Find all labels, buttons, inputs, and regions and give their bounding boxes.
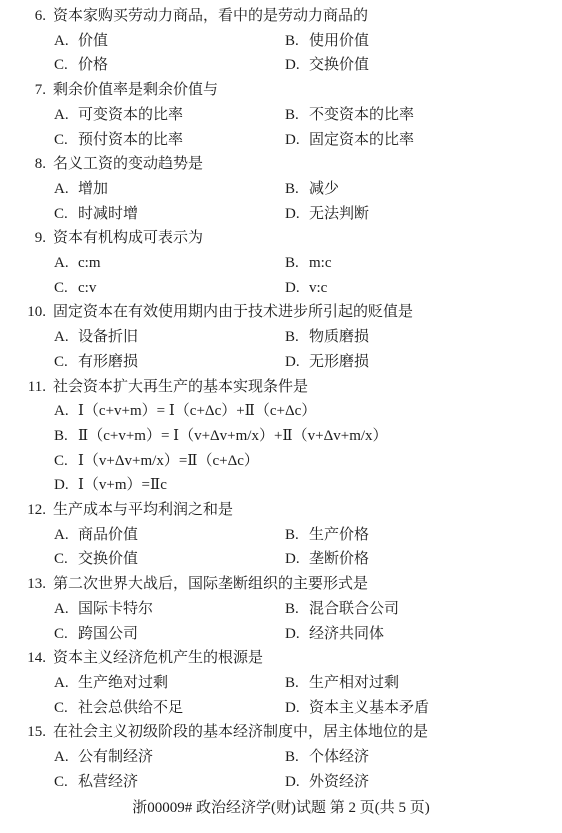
option-label: A.: [54, 251, 70, 276]
option-text: 生产价格: [309, 527, 369, 543]
option: A.公有制经济: [54, 745, 285, 770]
option-text: 生产绝对过剩: [78, 675, 168, 691]
question-stem: 第二次世界大战后，国际垄断组织的主要形式是: [53, 572, 368, 597]
question-number: 13.: [0, 572, 46, 597]
option: D.无形磨损: [285, 350, 562, 375]
question-number: 11.: [0, 375, 46, 400]
option-label: C.: [54, 202, 70, 227]
question-stem-row: 11. 社会资本扩大再生产的基本实现条件是: [0, 375, 562, 400]
option: A.可变资本的比率: [54, 103, 285, 128]
option-text: v:c: [309, 280, 327, 296]
option-label: D.: [285, 53, 301, 78]
option-text: 公有制经济: [78, 749, 153, 765]
option: D.垄断价格: [285, 547, 562, 572]
option-label: D.: [285, 622, 301, 647]
question-number: 6.: [0, 4, 46, 29]
option: B.m:c: [285, 251, 562, 276]
option-label: B.: [285, 325, 301, 350]
option-label: C.: [54, 128, 70, 153]
question: 10. 固定资本在有效使用期内由于技术进步所引起的贬值是 A.设备折旧 B.物质…: [0, 300, 562, 374]
question-number: 9.: [0, 226, 46, 251]
option-label: C.: [54, 350, 70, 375]
option: D.Ⅰ（v+m）=Ⅱc: [54, 473, 562, 498]
question-stem-row: 8. 名义工资的变动趋势是: [0, 152, 562, 177]
option: C.有形磨损: [54, 350, 285, 375]
option: C.时减时增: [54, 202, 285, 227]
question: 12. 生产成本与平均利润之和是 A.商品价值 B.生产价格 C.交换价值 D.…: [0, 498, 562, 572]
option-text: 商品价值: [78, 527, 138, 543]
option-text: 私营经济: [78, 774, 138, 790]
option: D.资本主义基本矛盾: [285, 696, 562, 721]
question: 13. 第二次世界大战后，国际垄断组织的主要形式是 A.国际卡特尔 B.混合联合…: [0, 572, 562, 646]
option-label: D.: [285, 770, 301, 795]
option-label: A.: [54, 399, 70, 424]
option-text: 交换价值: [309, 57, 369, 73]
option-text: 物质磨损: [309, 329, 369, 345]
question-number: 10.: [0, 300, 46, 325]
option-label: B.: [285, 251, 301, 276]
question-stem: 资本主义经济危机产生的根源是: [53, 646, 263, 671]
option: A.设备折旧: [54, 325, 285, 350]
option-list: A.c:m B.m:c C.c:v D.v:c: [54, 251, 562, 300]
option: A.生产绝对过剩: [54, 671, 285, 696]
option-label: C.: [54, 547, 70, 572]
option: D.固定资本的比率: [285, 128, 562, 153]
option-list: A.设备折旧 B.物质磨损 C.有形磨损 D.无形磨损: [54, 325, 562, 374]
question: 15. 在社会主义初级阶段的基本经济制度中，居主体地位的是 A.公有制经济 B.…: [0, 720, 562, 794]
question-stem-row: 9. 资本有机构成可表示为: [0, 226, 562, 251]
option: B.减少: [285, 177, 562, 202]
option-text: 使用价值: [309, 33, 369, 49]
question-stem-row: 15. 在社会主义初级阶段的基本经济制度中，居主体地位的是: [0, 720, 562, 745]
question-stem-row: 14. 资本主义经济危机产生的根源是: [0, 646, 562, 671]
option: C.社会总供给不足: [54, 696, 285, 721]
option: A.商品价值: [54, 523, 285, 548]
option-text: 价值: [78, 33, 108, 49]
option-text: Ⅱ（c+v+m）= Ⅰ（v+Δv+m/x）+Ⅱ（v+Δv+m/x）: [78, 428, 388, 444]
option-label: A.: [54, 325, 70, 350]
option-text: c:v: [78, 280, 96, 296]
option-label: A.: [54, 29, 70, 54]
option-label: D.: [285, 696, 301, 721]
option: C.私营经济: [54, 770, 285, 795]
option-text: 个体经济: [309, 749, 369, 765]
option: B.混合联合公司: [285, 597, 562, 622]
question: 11. 社会资本扩大再生产的基本实现条件是 A.Ⅰ（c+v+m）= Ⅰ（c+Δc…: [0, 375, 562, 499]
option-label: B.: [285, 177, 301, 202]
question-stem: 剩余价值率是剩余价值与: [53, 78, 218, 103]
question: 7. 剩余价值率是剩余价值与 A.可变资本的比率 B.不变资本的比率 C.预付资…: [0, 78, 562, 152]
option-text: 可变资本的比率: [78, 107, 183, 123]
option-text: 无形磨损: [309, 354, 369, 370]
option-text: 垄断价格: [309, 551, 369, 567]
option-list: A.可变资本的比率 B.不变资本的比率 C.预付资本的比率 D.固定资本的比率: [54, 103, 562, 152]
option-text: 固定资本的比率: [309, 132, 414, 148]
option: D.无法判断: [285, 202, 562, 227]
option: B.Ⅱ（c+v+m）= Ⅰ（v+Δv+m/x）+Ⅱ（v+Δv+m/x）: [54, 424, 562, 449]
option-text: 有形磨损: [78, 354, 138, 370]
option-label: A.: [54, 671, 70, 696]
option-label: B.: [285, 745, 301, 770]
option: D.经济共同体: [285, 622, 562, 647]
option-label: B.: [285, 103, 301, 128]
exam-page: 6. 资本家购买劳动力商品，看中的是劳动力商品的 A.价值 B.使用价值 C.价…: [0, 0, 562, 833]
option-text: 交换价值: [78, 551, 138, 567]
option-label: C.: [54, 449, 70, 474]
option-label: D.: [54, 473, 70, 498]
option: C.预付资本的比率: [54, 128, 285, 153]
option: A.价值: [54, 29, 285, 54]
question-stem-row: 10. 固定资本在有效使用期内由于技术进步所引起的贬值是: [0, 300, 562, 325]
option-text: m:c: [309, 255, 332, 271]
option: B.使用价值: [285, 29, 562, 54]
option-label: B.: [285, 29, 301, 54]
option-label: B.: [285, 671, 301, 696]
option-list: A.增加 B.减少 C.时减时增 D.无法判断: [54, 177, 562, 226]
option-text: 外资经济: [309, 774, 369, 790]
option: C.价格: [54, 53, 285, 78]
option: D.交换价值: [285, 53, 562, 78]
option: C.Ⅰ（v+Δv+m/x）=Ⅱ（c+Δc）: [54, 449, 562, 474]
option-text: 设备折旧: [78, 329, 138, 345]
option-label: D.: [285, 128, 301, 153]
option-label: D.: [285, 547, 301, 572]
option-list: A.国际卡特尔 B.混合联合公司 C.跨国公司 D.经济共同体: [54, 597, 562, 646]
question-number: 7.: [0, 78, 46, 103]
question-stem: 生产成本与平均利润之和是: [53, 498, 233, 523]
option-text: 混合联合公司: [309, 601, 399, 617]
question-list: 6. 资本家购买劳动力商品，看中的是劳动力商品的 A.价值 B.使用价值 C.价…: [0, 4, 562, 795]
option-label: C.: [54, 622, 70, 647]
question-stem: 名义工资的变动趋势是: [53, 152, 203, 177]
option-label: B.: [285, 597, 301, 622]
option-text: 跨国公司: [78, 626, 138, 642]
option-label: C.: [54, 53, 70, 78]
option-list: A.公有制经济 B.个体经济 C.私营经济 D.外资经济: [54, 745, 562, 794]
option-text: 生产相对过剩: [309, 675, 399, 691]
option-label: C.: [54, 770, 70, 795]
option: B.生产价格: [285, 523, 562, 548]
option: A.国际卡特尔: [54, 597, 285, 622]
option-text: 时减时增: [78, 206, 138, 222]
question-stem-row: 7. 剩余价值率是剩余价值与: [0, 78, 562, 103]
question-number: 8.: [0, 152, 46, 177]
option-label: A.: [54, 103, 70, 128]
question: 6. 资本家购买劳动力商品，看中的是劳动力商品的 A.价值 B.使用价值 C.价…: [0, 4, 562, 78]
question-stem-row: 6. 资本家购买劳动力商品，看中的是劳动力商品的: [0, 4, 562, 29]
page-footer: 浙00009# 政治经济学(财)试题 第 2 页(共 5 页): [0, 796, 562, 821]
option-text: 经济共同体: [309, 626, 384, 642]
option: B.生产相对过剩: [285, 671, 562, 696]
option-list: A.Ⅰ（c+v+m）= Ⅰ（c+Δc）+Ⅱ（c+Δc） B.Ⅱ（c+v+m）= …: [54, 399, 562, 498]
option-label: A.: [54, 177, 70, 202]
option-list: A.生产绝对过剩 B.生产相对过剩 C.社会总供给不足 D.资本主义基本矛盾: [54, 671, 562, 720]
option-label: C.: [54, 276, 70, 301]
option: D.外资经济: [285, 770, 562, 795]
option-label: B.: [54, 424, 70, 449]
option-text: 国际卡特尔: [78, 601, 153, 617]
option: D.v:c: [285, 276, 562, 301]
question-stem: 资本家购买劳动力商品，看中的是劳动力商品的: [53, 4, 368, 29]
question-stem: 在社会主义初级阶段的基本经济制度中，居主体地位的是: [53, 720, 428, 745]
option-list: A.价值 B.使用价值 C.价格 D.交换价值: [54, 29, 562, 78]
option-text: Ⅰ（v+m）=Ⅱc: [78, 477, 167, 493]
question-number: 12.: [0, 498, 46, 523]
question-stem: 社会资本扩大再生产的基本实现条件是: [53, 375, 308, 400]
option-text: 价格: [78, 57, 108, 73]
option: A.c:m: [54, 251, 285, 276]
question-number: 14.: [0, 646, 46, 671]
option: A.增加: [54, 177, 285, 202]
option-text: 社会总供给不足: [78, 700, 183, 716]
option-label: D.: [285, 202, 301, 227]
option: B.不变资本的比率: [285, 103, 562, 128]
question: 8. 名义工资的变动趋势是 A.增加 B.减少 C.时减时增 D.无法判断: [0, 152, 562, 226]
option: C.c:v: [54, 276, 285, 301]
option: C.交换价值: [54, 547, 285, 572]
option-text: 预付资本的比率: [78, 132, 183, 148]
question-stem-row: 12. 生产成本与平均利润之和是: [0, 498, 562, 523]
option: A.Ⅰ（c+v+m）= Ⅰ（c+Δc）+Ⅱ（c+Δc）: [54, 399, 562, 424]
option: B.个体经济: [285, 745, 562, 770]
option-text: 无法判断: [309, 206, 369, 222]
option-label: C.: [54, 696, 70, 721]
option-text: c:m: [78, 255, 101, 271]
option-label: A.: [54, 597, 70, 622]
option-list: A.商品价值 B.生产价格 C.交换价值 D.垄断价格: [54, 523, 562, 572]
option-label: D.: [285, 276, 301, 301]
question-stem: 固定资本在有效使用期内由于技术进步所引起的贬值是: [53, 300, 413, 325]
question-stem-row: 13. 第二次世界大战后，国际垄断组织的主要形式是: [0, 572, 562, 597]
option-text: 增加: [78, 181, 108, 197]
option: C.跨国公司: [54, 622, 285, 647]
option-text: 资本主义基本矛盾: [309, 700, 429, 716]
option-label: B.: [285, 523, 301, 548]
option-text: Ⅰ（v+Δv+m/x）=Ⅱ（c+Δc）: [78, 453, 259, 469]
option-label: A.: [54, 745, 70, 770]
option-text: Ⅰ（c+v+m）= Ⅰ（c+Δc）+Ⅱ（c+Δc）: [78, 403, 316, 419]
option-text: 减少: [309, 181, 339, 197]
question-number: 15.: [0, 720, 46, 745]
option: B.物质磨损: [285, 325, 562, 350]
option-label: D.: [285, 350, 301, 375]
question-stem: 资本有机构成可表示为: [53, 226, 203, 251]
question: 14. 资本主义经济危机产生的根源是 A.生产绝对过剩 B.生产相对过剩 C.社…: [0, 646, 562, 720]
question: 9. 资本有机构成可表示为 A.c:m B.m:c C.c:v D.v:c: [0, 226, 562, 300]
option-text: 不变资本的比率: [309, 107, 414, 123]
option-label: A.: [54, 523, 70, 548]
